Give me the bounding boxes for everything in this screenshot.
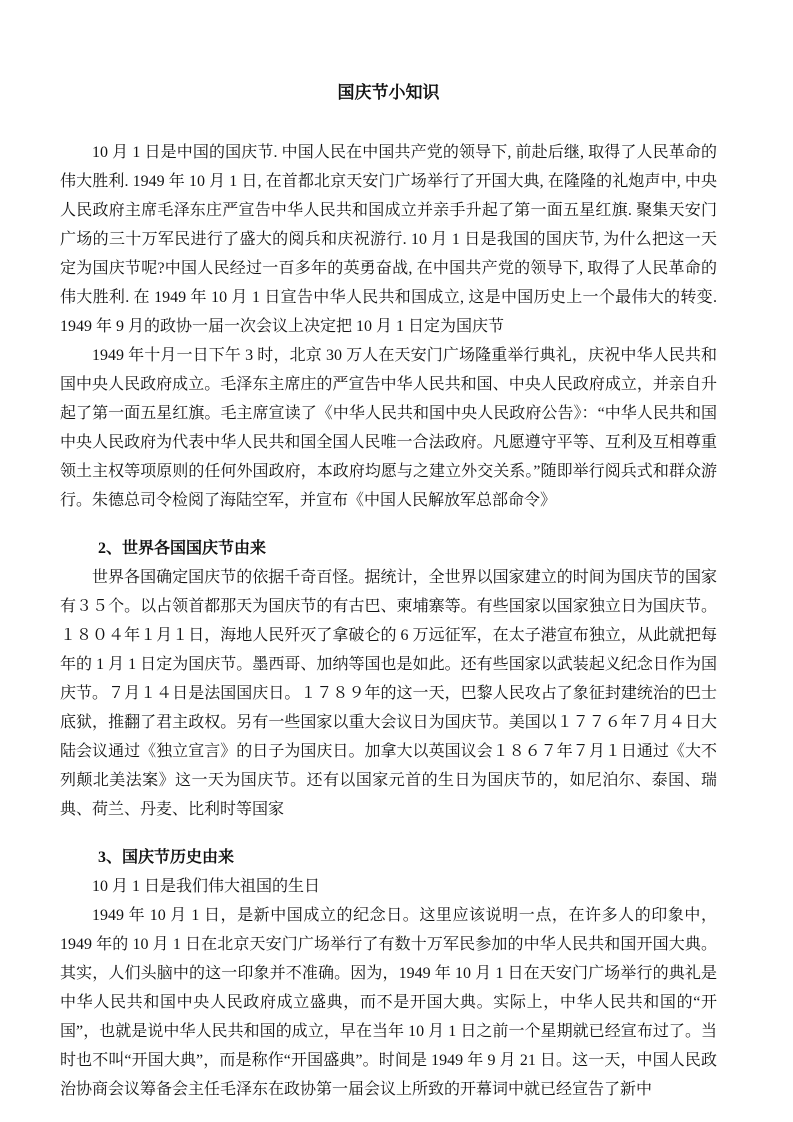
- paragraph-founding-ceremony: 1949 年十月一日下午 3 时，北京 30 万人在天安门广场隆重举行典礼，庆祝…: [60, 341, 717, 515]
- section-heading-history-origin: 3、国庆节历史由来: [60, 843, 717, 872]
- paragraph-world-national-days: 世界各国确定国庆节的依据千奇百怪。据统计，全世界以国家建立的时间为国庆节的国家有…: [60, 563, 717, 824]
- paragraph-motherland-birthday-line: 10 月 1 日是我们伟大祖国的生日: [60, 872, 717, 901]
- section-heading-world-national-days: 2、世界各国国庆节由来: [60, 534, 717, 563]
- document-page: 国庆节小知识 10 月 1 日是中国的国庆节. 中国人民在中国共产党的领导下, …: [0, 0, 793, 1122]
- paragraph-history-origin: 1949 年 10 月 1 日，是新中国成立的纪念日。这里应该说明一点，在许多人…: [60, 901, 717, 1104]
- paragraph-national-day-intro: 10 月 1 日是中国的国庆节. 中国人民在中国共产党的领导下, 前赴后继, 取…: [60, 138, 717, 341]
- document-title: 国庆节小知识: [60, 78, 717, 107]
